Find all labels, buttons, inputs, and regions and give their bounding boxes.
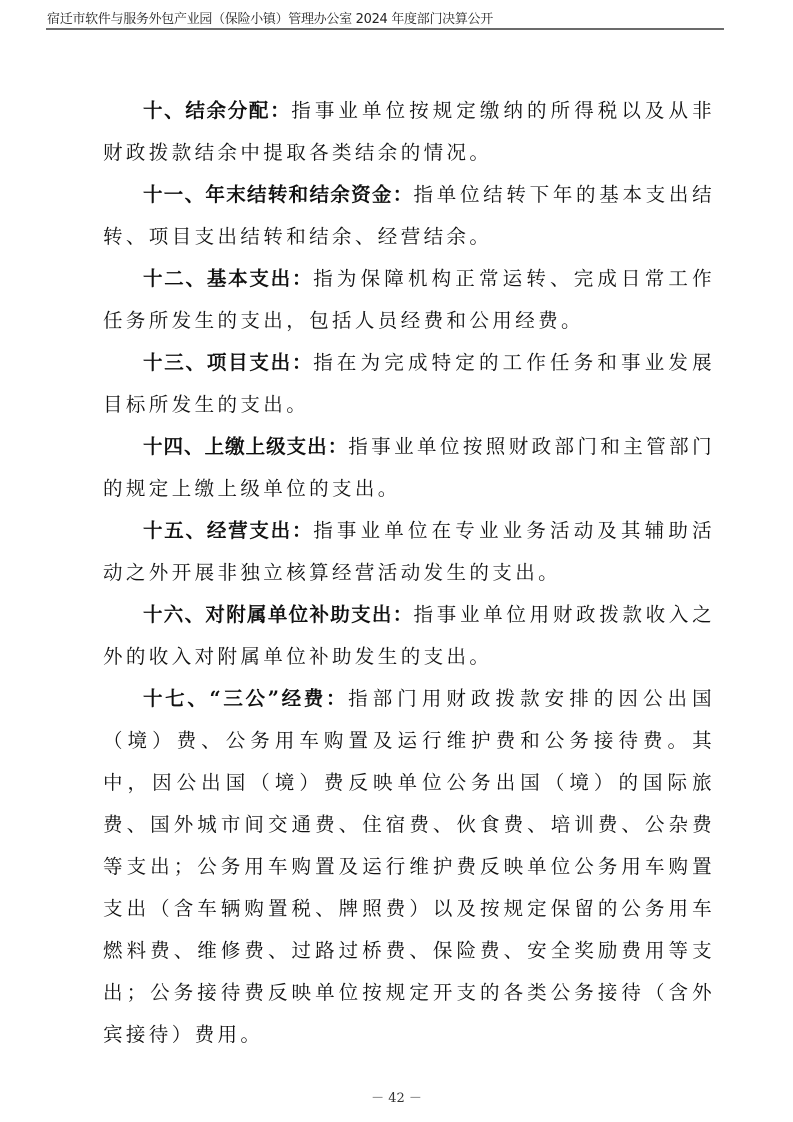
definition-term: 十五、经营支出：: [143, 519, 313, 542]
document-header-title: 宿迁市软件与服务外包产业园（保险小镇）管理办公室 2024 年度部门决算公开: [47, 8, 493, 27]
definition-paragraph: 十三、项目支出：指在为完成特定的工作任务和事业发展目标所发生的支出。: [103, 342, 715, 426]
definition-paragraph: 十二、基本支出：指为保障机构正常运转、完成日常工作任务所发生的支出，包括人员经费…: [103, 258, 715, 342]
definition-term: 十、结余分配：: [143, 99, 291, 122]
document-body: 十、结余分配：指事业单位按规定缴纳的所得税以及从非财政拨款结余中提取各类结余的情…: [103, 90, 715, 1056]
header-divider: [46, 28, 724, 30]
definition-paragraph: 十、结余分配：指事业单位按规定缴纳的所得税以及从非财政拨款结余中提取各类结余的情…: [103, 90, 715, 174]
definition-paragraph: 十一、年末结转和结余资金：指单位结转下年的基本支出结转、项目支出结转和结余、经营…: [103, 174, 715, 258]
definition-text: 指部门用财政拨款安排的因公出国（境）费、公务用车购置及运行维护费和公务接待费。其…: [103, 687, 715, 1046]
definition-paragraph: 十七、“三公”经费：指部门用财政拨款安排的因公出国（境）费、公务用车购置及运行维…: [103, 678, 715, 1056]
definition-paragraph: 十四、上缴上级支出：指事业单位按照财政部门和主管部门的规定上缴上级单位的支出。: [103, 426, 715, 510]
definition-term: 十六、对附属单位补助支出：: [143, 603, 414, 626]
definition-term: 十一、年末结转和结余资金：: [143, 183, 414, 206]
page-number: － 42 －: [0, 1087, 793, 1106]
definition-term: 十二、基本支出：: [143, 267, 313, 290]
definition-term: 十七、“三公”经费：: [143, 687, 348, 710]
definition-paragraph: 十五、经营支出：指事业单位在专业业务活动及其辅助活动之外开展非独立核算经营活动发…: [103, 510, 715, 594]
definition-term: 十四、上缴上级支出：: [143, 435, 348, 458]
definition-paragraph: 十六、对附属单位补助支出：指事业单位用财政拨款收入之外的收入对附属单位补助发生的…: [103, 594, 715, 678]
definition-term: 十三、项目支出：: [143, 351, 313, 374]
